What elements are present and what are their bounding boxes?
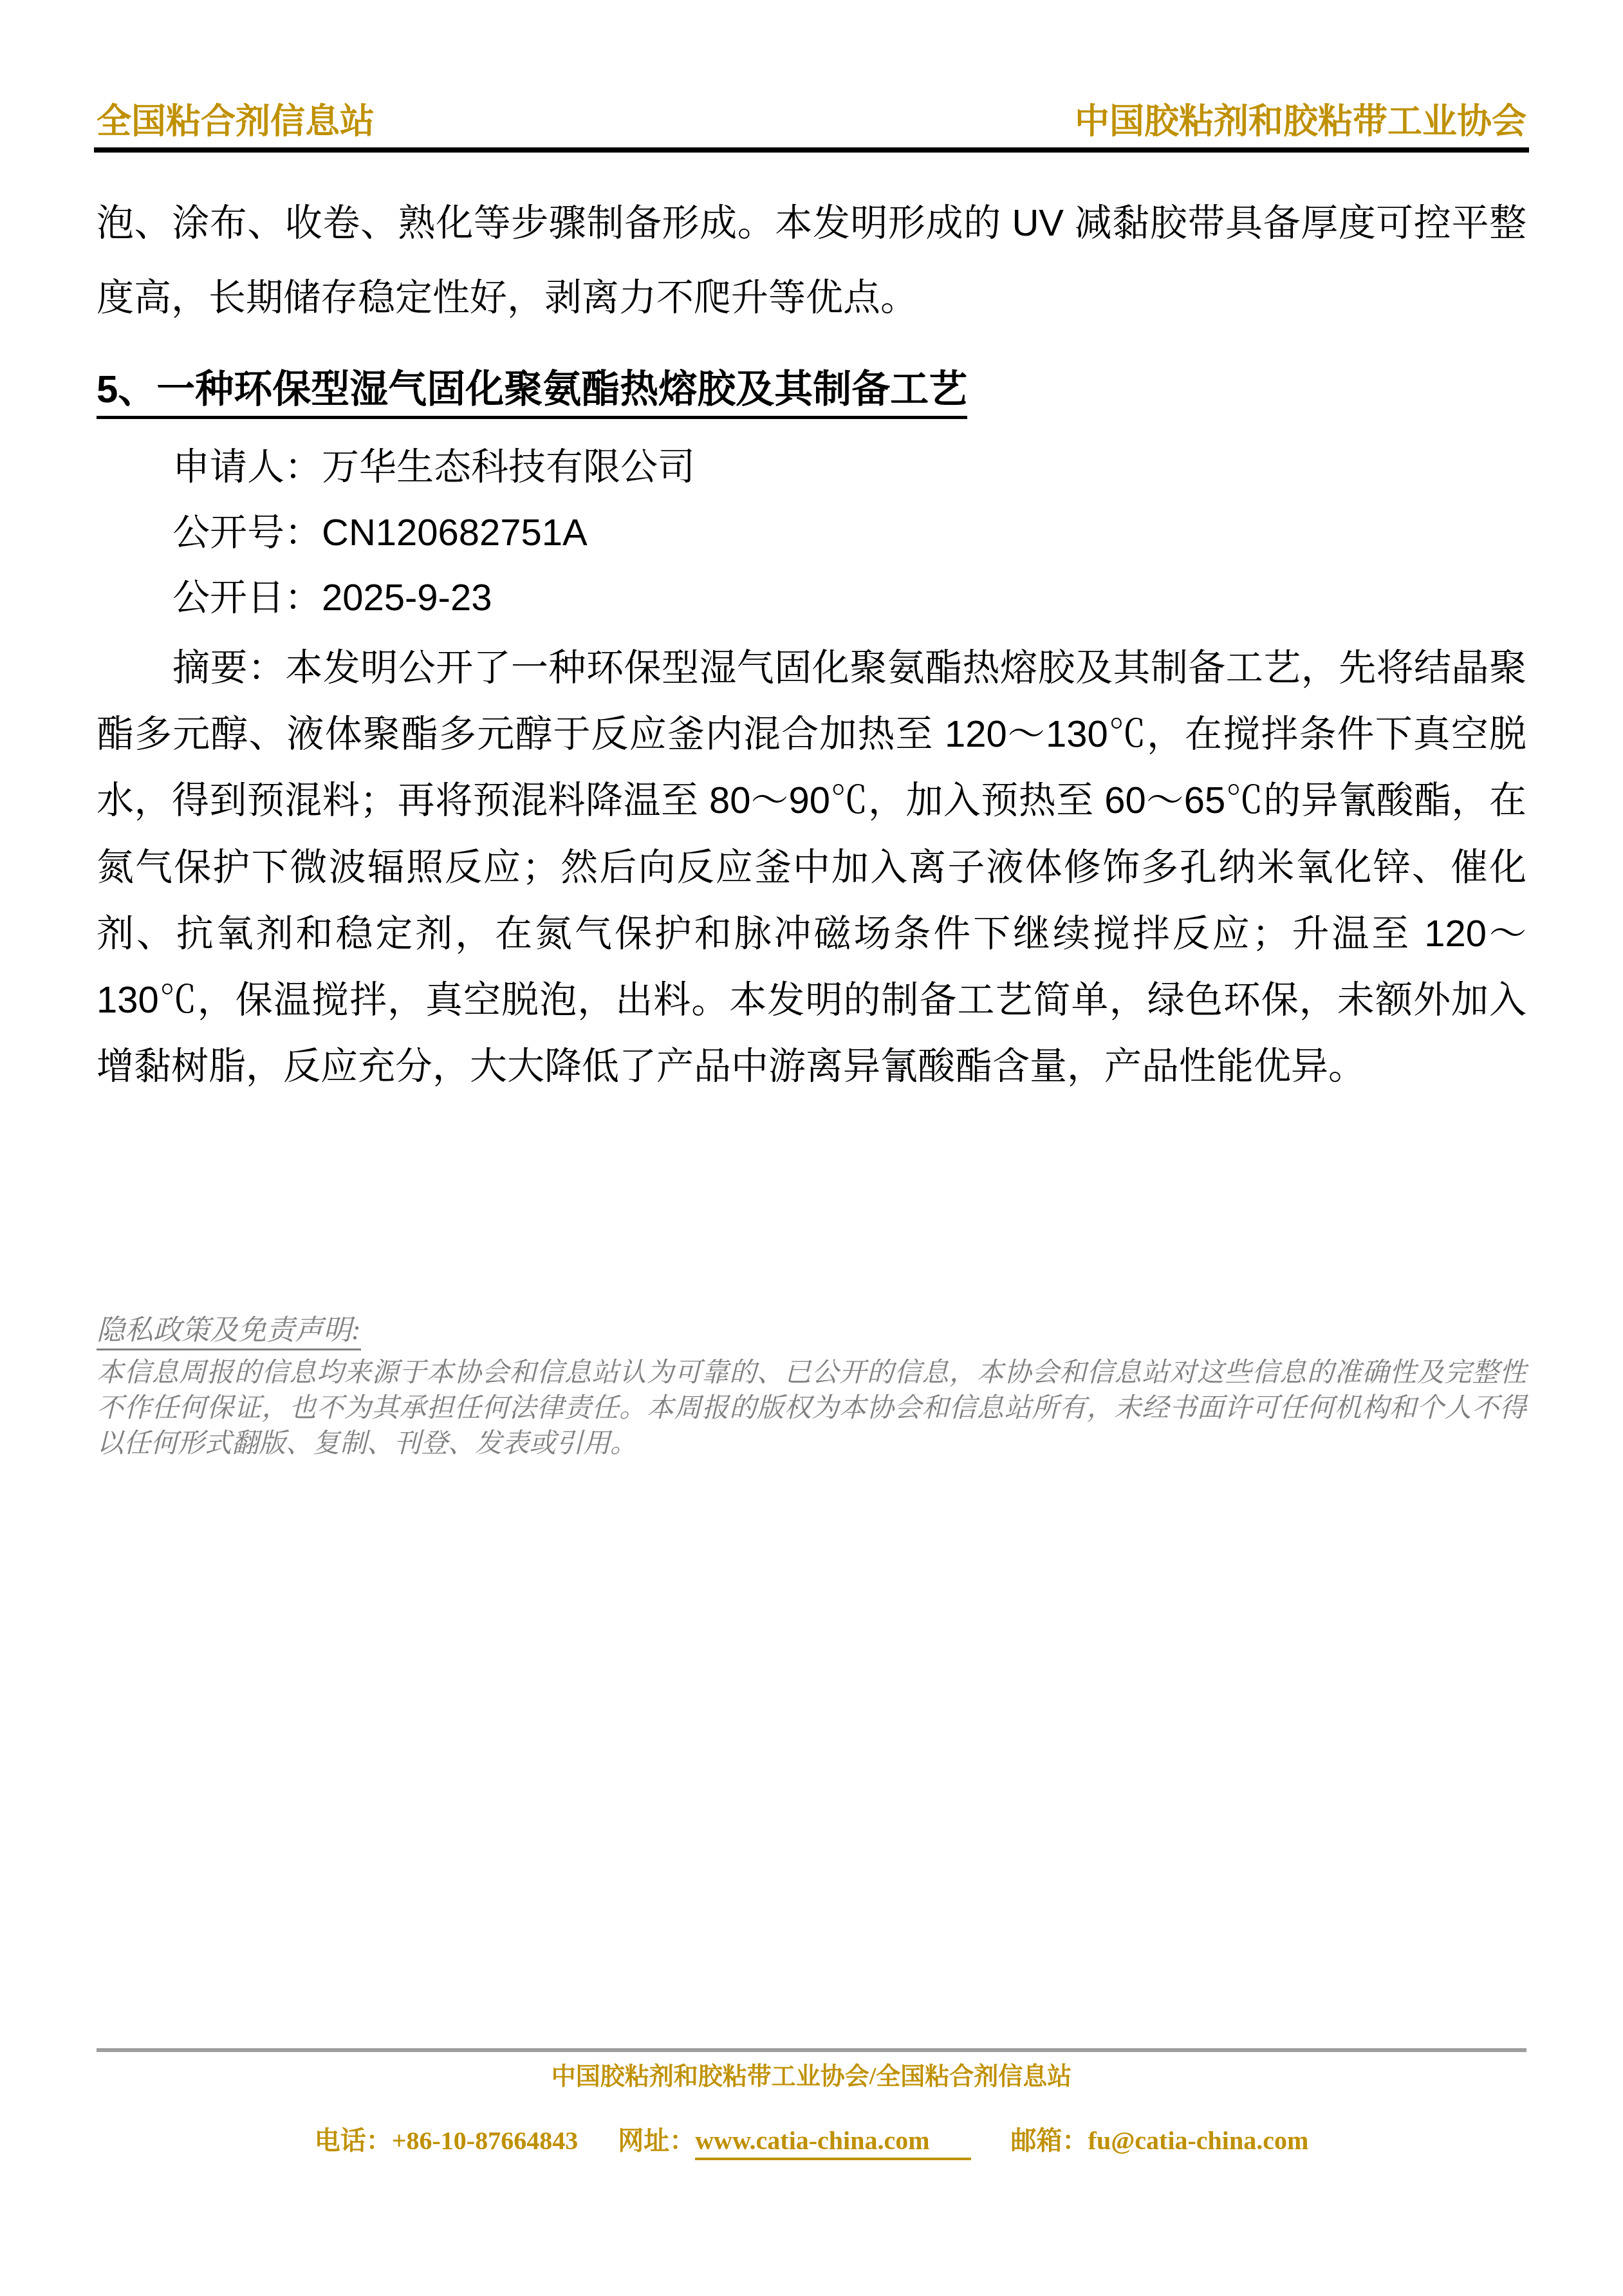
applicant-label: 申请人： bbox=[172, 446, 322, 488]
publication-date-value: 2025-9-23 bbox=[322, 577, 492, 619]
publication-no-label: 公开号： bbox=[172, 512, 322, 554]
email-group: 邮箱：fu@catia-china.com bbox=[1011, 2125, 1309, 2156]
section-heading-text: 5、一种环保型湿气固化聚氨酯热熔胶及其制备工艺 bbox=[97, 368, 967, 419]
website-label: 网址： bbox=[618, 2126, 695, 2155]
page-footer: 中国胶粘剂和胶粘带工业协会/全国粘合剂信息站 电话：+86-10-8766484… bbox=[97, 2048, 1526, 2156]
disclaimer-title: 隐私政策及免责声明: bbox=[97, 1312, 1526, 1348]
disclaimer-text: 本信息周报的信息均来源于本协会和信息站认为可靠的、已公开的信息，本协会和信息站对… bbox=[97, 1356, 1526, 1462]
website-group: 网址：www.catia-china.com bbox=[618, 2125, 970, 2156]
article-body: 泡、涂布、收卷、熟化等步骤制备形成。本发明形成的 UV 减黏胶带具备厚度可控平整… bbox=[97, 186, 1526, 1099]
disclaimer-section: 隐私政策及免责声明: 本信息周报的信息均来源于本协会和信息站认为可靠的、已公开的… bbox=[97, 1312, 1526, 1462]
footer-organization-line: 中国胶粘剂和胶粘带工业协会/全国粘合剂信息站 bbox=[97, 2062, 1526, 2092]
masthead-left-title: 全国粘合剂信息站 bbox=[97, 103, 375, 141]
document-page: 全国粘合剂信息站 中国胶粘剂和胶粘带工业协会 泡、涂布、收卷、熟化等步骤制备形成… bbox=[0, 0, 1623, 2296]
publication-no-value: CN120682751A bbox=[322, 512, 588, 554]
phone-value: +86-10-87664843 bbox=[392, 2126, 578, 2155]
continued-paragraph: 泡、涂布、收卷、熟化等步骤制备形成。本发明形成的 UV 减黏胶带具备厚度可控平整… bbox=[97, 186, 1526, 335]
phone-group: 电话：+86-10-87664843 bbox=[315, 2125, 578, 2156]
disclaimer-title-text: 隐私政策及免责声明: bbox=[97, 1314, 361, 1350]
footer-contacts-line: 电话：+86-10-87664843 网址：www.catia-china.co… bbox=[97, 2125, 1526, 2156]
abstract-paragraph: 摘要：本发明公开了一种环保型湿气固化聚氨酯热熔胶及其制备工艺，先将结晶聚酯多元醇… bbox=[97, 635, 1526, 1100]
applicant-line: 申请人：万华生态科技有限公司 bbox=[97, 434, 1526, 500]
header-divider bbox=[94, 147, 1529, 153]
email-value: fu@catia-china.com bbox=[1088, 2126, 1309, 2155]
masthead: 全国粘合剂信息站 中国胶粘剂和胶粘带工业协会 bbox=[97, 103, 1526, 141]
publication-date-line: 公开日：2025-9-23 bbox=[97, 565, 1526, 631]
publication-date-label: 公开日： bbox=[172, 577, 322, 619]
phone-label: 电话： bbox=[315, 2126, 392, 2155]
section-heading: 5、一种环保型湿气固化聚氨酯热熔胶及其制备工艺 bbox=[97, 366, 1526, 413]
website-link[interactable]: www.catia-china.com bbox=[695, 2126, 970, 2160]
applicant-value: 万华生态科技有限公司 bbox=[322, 446, 695, 488]
masthead-right-title: 中国胶粘剂和胶粘带工业协会 bbox=[1075, 103, 1526, 141]
email-label: 邮箱： bbox=[1011, 2126, 1088, 2155]
footer-divider bbox=[97, 2048, 1526, 2052]
publication-no-line: 公开号：CN120682751A bbox=[97, 500, 1526, 566]
